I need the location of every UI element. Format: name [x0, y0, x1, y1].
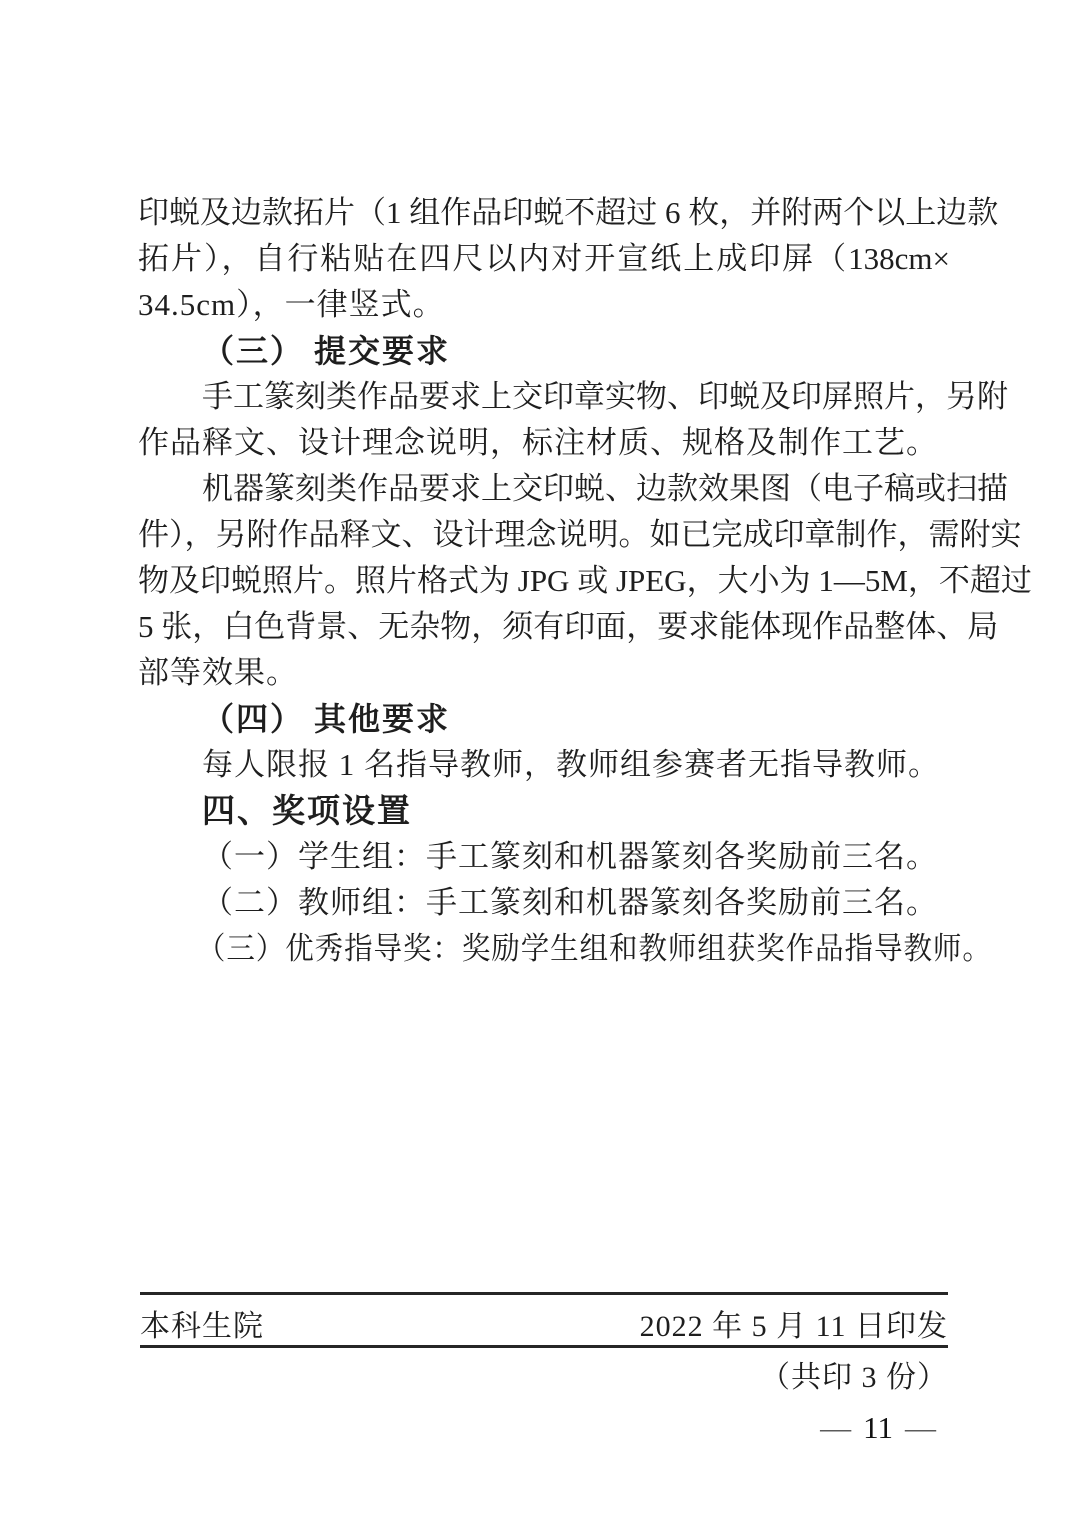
document-line: 每人限报 1 名指导教师，教师组参赛者无指导教师。	[138, 742, 950, 788]
document-line: 拓片），自行粘贴在四尺以内对开宣纸上成印屏（138cm×	[138, 236, 950, 282]
document-line: （四） 其他要求	[138, 696, 950, 742]
document-line: （三） 提交要求	[138, 328, 950, 374]
document-line: 四、奖项设置	[138, 788, 950, 834]
document-line: 印蜕及边款拓片（1 组作品印蜕不超过 6 枚，并附两个以上边款	[138, 190, 950, 236]
document-line: （二）教师组：手工篆刻和机器篆刻各奖励前三名。	[138, 880, 950, 926]
footer-issuer: 本科生院	[140, 1301, 264, 1345]
document-line: （一）学生组：手工篆刻和机器篆刻各奖励前三名。	[138, 834, 950, 880]
document-line: 件），另附作品释文、设计理念说明。如已完成印章制作，需附实	[138, 512, 950, 558]
document-line: 手工篆刻类作品要求上交印章实物、印蜕及印屏照片，另附	[138, 374, 950, 420]
document-line: 物及印蜕照片。照片格式为 JPG 或 JPEG，大小为 1—5M，不超过	[138, 558, 950, 604]
document-line: 部等效果。	[138, 650, 950, 696]
footer-copies-note: （共印 3 份）	[760, 1352, 948, 1396]
document-line: 机器篆刻类作品要求上交印蜕、边款效果图（电子稿或扫描	[138, 466, 950, 512]
document-line: （三）优秀指导奖：奖励学生组和教师组获奖作品指导教师。	[138, 926, 885, 972]
document-line: 34.5cm），一律竖式。	[138, 282, 950, 328]
footer-rule-top	[140, 1292, 948, 1295]
document-page: 印蜕及边款拓片（1 组作品印蜕不超过 6 枚，并附两个以上边款拓片），自行粘贴在…	[0, 0, 1080, 1527]
document-line: 作品释文、设计理念说明，标注材质、规格及制作工艺。	[138, 420, 950, 466]
document-line: 5 张，白色背景、无杂物，须有印面，要求能体现作品整体、局	[138, 604, 950, 650]
document-body: 印蜕及边款拓片（1 组作品印蜕不超过 6 枚，并附两个以上边款拓片），自行粘贴在…	[138, 190, 950, 972]
footer-issue-date: 2022 年 5 月 11 日印发	[640, 1301, 948, 1345]
footer-row: 本科生院 2022 年 5 月 11 日印发	[140, 1303, 948, 1343]
page-number-value: 11	[863, 1410, 893, 1445]
page-number-dash-left: —	[808, 1410, 863, 1445]
footer-rule-bottom	[140, 1345, 948, 1348]
page-number-dash-right: —	[893, 1410, 948, 1445]
page-number: —11—	[808, 1410, 948, 1446]
